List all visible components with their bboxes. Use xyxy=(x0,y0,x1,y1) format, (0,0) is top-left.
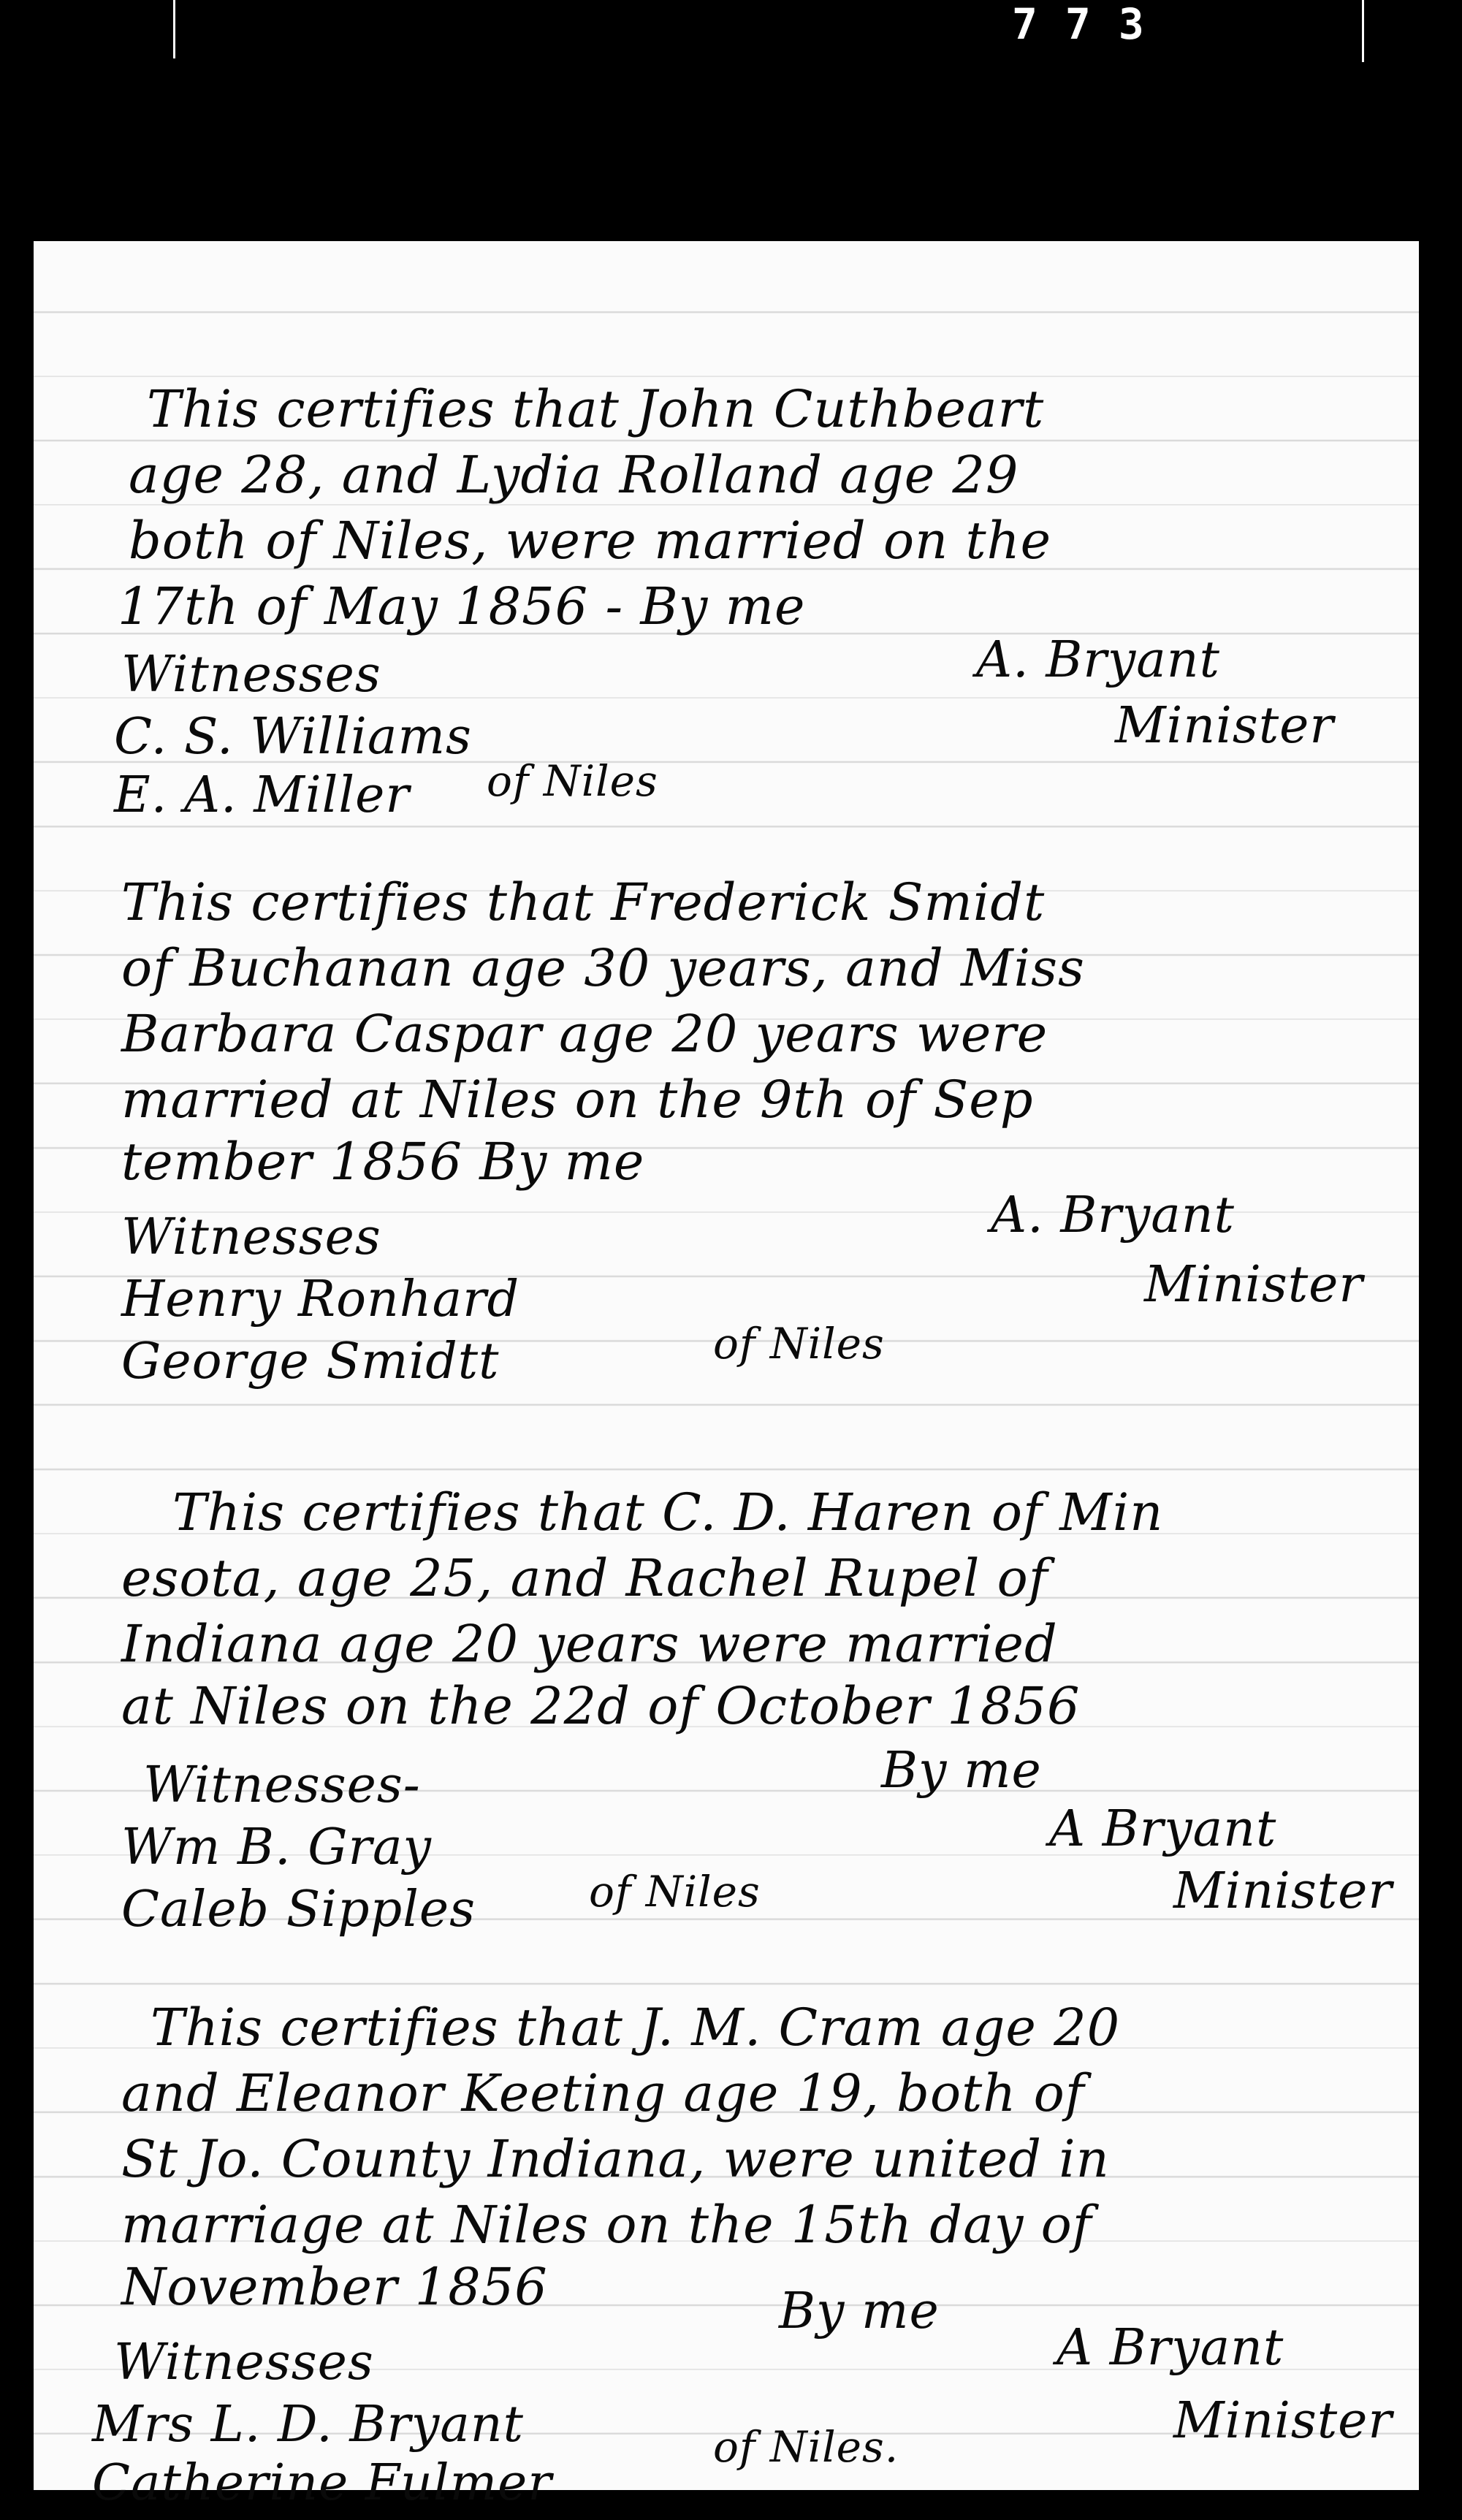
witnesses-place: of Niles xyxy=(713,1322,885,1365)
record-text-line: Indiana age 20 years were married xyxy=(121,1618,1058,1670)
officiant-title: Minister xyxy=(1173,2397,1393,2446)
record-text-line: esota, age 25, and Rachel Rupel of xyxy=(121,1553,1048,1604)
record-text-line: St Jo. County Indiana, were united in xyxy=(121,2133,1110,2185)
film-edge-right xyxy=(1362,0,1364,62)
by-me: By me xyxy=(779,2287,940,2337)
officiant-title: Minister xyxy=(1115,701,1334,751)
record-text-line: at Niles on the 22d of October 1856 xyxy=(121,1680,1081,1732)
witness-name: E. A. Miller xyxy=(114,771,410,821)
record-text-line: 17th of May 1856 - By me xyxy=(118,581,805,632)
officiant-signature: A. Bryant xyxy=(991,1191,1235,1241)
record-text-line: age 28, and Lydia Rolland age 29 xyxy=(129,449,1019,500)
record-text-line: This certifies that John Cuthbeart xyxy=(147,384,1044,435)
witnesses-label: Witnesses- xyxy=(143,1761,421,1811)
handwritten-page: This certifies that John Cuthbeart age 2… xyxy=(34,241,1419,2490)
record-text-line: This certifies that J. M. Cram age 20 xyxy=(151,2002,1120,2053)
record-text-line: Barbara Caspar age 20 years were xyxy=(121,1008,1048,1059)
record-text-line: November 1856 xyxy=(121,2261,548,2312)
witnesses-place: of Niles. xyxy=(713,2426,899,2468)
officiant-title: Minister xyxy=(1173,1867,1393,1916)
record-text-line: This certifies that C. D. Haren of Min xyxy=(172,1487,1163,1538)
by-me: By me xyxy=(881,1746,1042,1796)
frame-number: 773 xyxy=(1012,3,1172,45)
witness-name: Henry Ronhard xyxy=(121,1275,519,1325)
officiant-title: Minister xyxy=(1144,1260,1363,1310)
record-text-line: marriage at Niles on the 15th day of xyxy=(121,2199,1092,2250)
record-text-line: tember 1856 By me xyxy=(121,1136,644,1187)
witness-name: Wm B. Gray xyxy=(121,1823,432,1873)
officiant-signature: A Bryant xyxy=(1049,1805,1276,1854)
witness-name: Catherine Fulmer xyxy=(92,2459,552,2508)
witness-name: C. S. Williams xyxy=(114,712,472,762)
record-text-line: both of Niles, were married on the xyxy=(129,515,1051,566)
record-text-line: married at Niles on the 9th of Sep xyxy=(121,1074,1034,1125)
witness-name: George Smidtt xyxy=(121,1337,499,1387)
officiant-signature: A. Bryant xyxy=(976,636,1220,685)
witness-name: Caleb Sipples xyxy=(121,1885,476,1935)
witnesses-place: of Niles xyxy=(589,1870,761,1913)
officiant-signature: A Bryant xyxy=(1056,2323,1284,2373)
record-text-line: This certifies that Frederick Smidt xyxy=(121,877,1045,928)
witnesses-label: Witnesses xyxy=(114,2338,374,2388)
witnesses-label: Witnesses xyxy=(121,1213,381,1263)
film-edge-left xyxy=(173,0,175,58)
record-text-line: of Buchanan age 30 years, and Miss xyxy=(121,943,1085,994)
witness-name: Mrs L. D. Bryant xyxy=(92,2400,524,2450)
witnesses-label: Witnesses xyxy=(121,650,381,700)
record-text-line: and Eleanor Keeting age 19, both of xyxy=(121,2068,1085,2119)
witnesses-place: of Niles xyxy=(487,760,658,802)
